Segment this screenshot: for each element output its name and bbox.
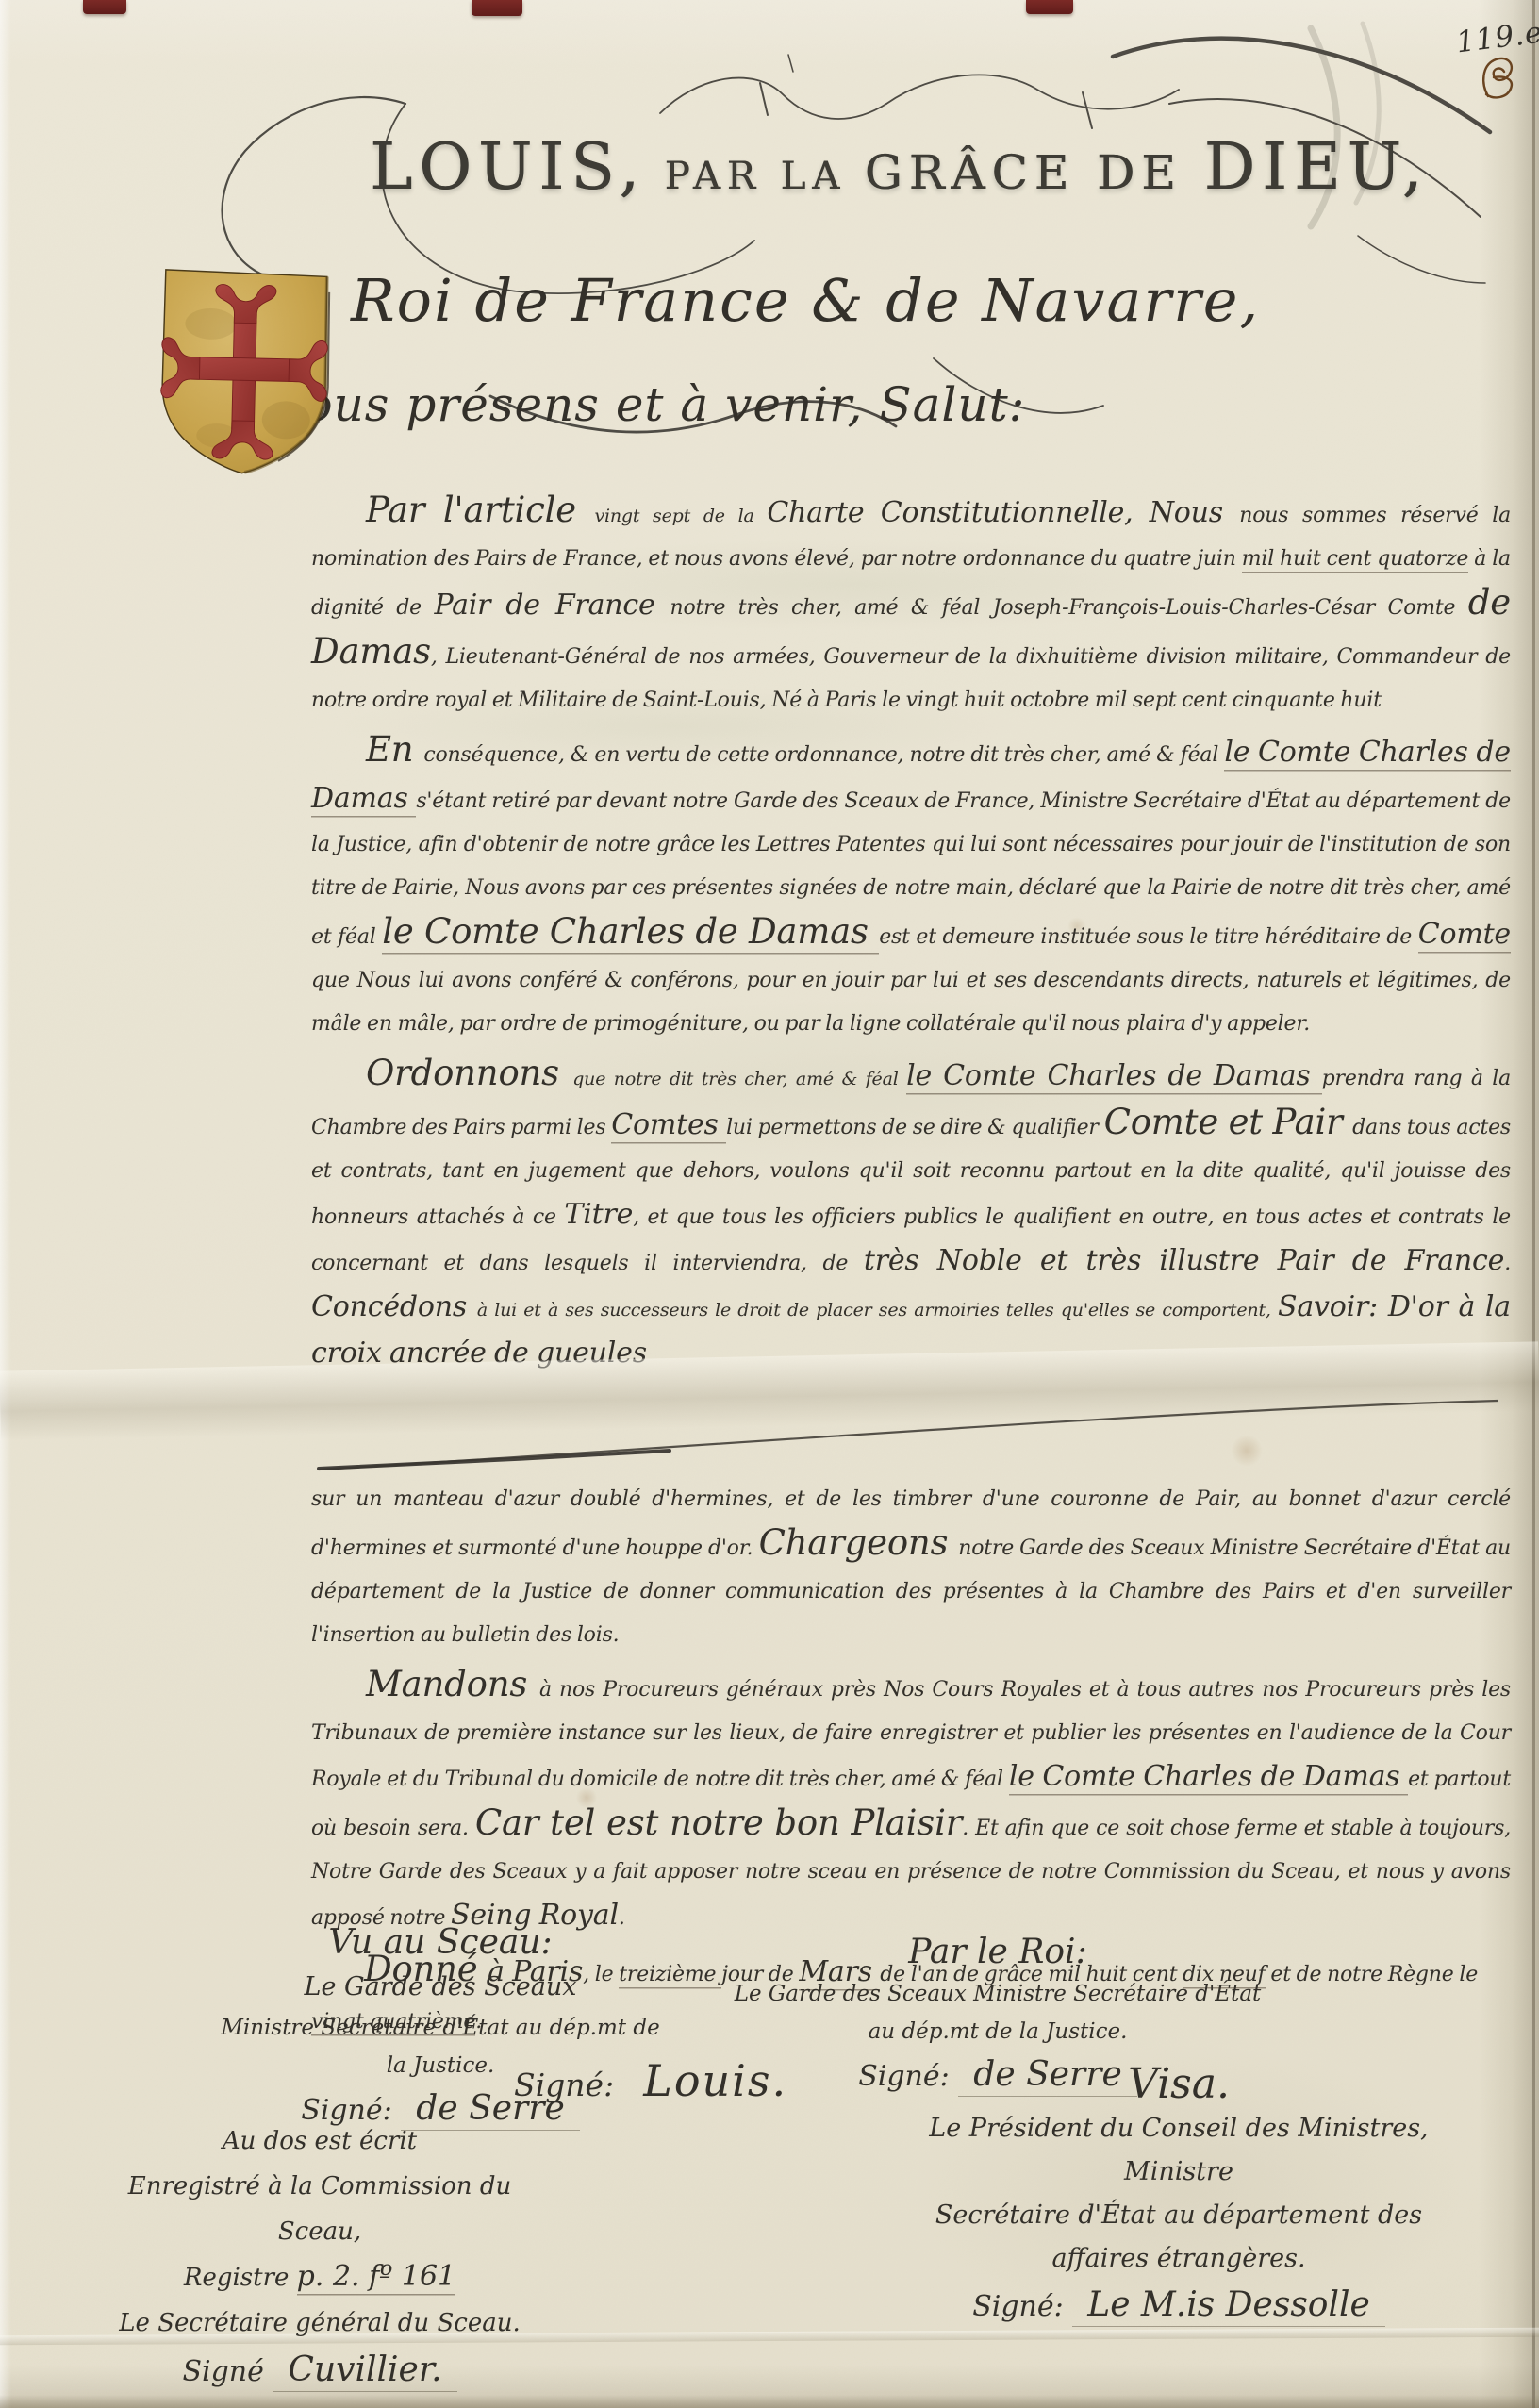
royal-title-line: LOUIS, PAR LA GRÂCE DE DIEU, (370, 130, 1429, 205)
page-right-edge (1532, 0, 1535, 2408)
king-block-office: Le Garde des Sceaux Ministre Secrétaire … (724, 1975, 1271, 2051)
binding-tab (1026, 0, 1073, 14)
visa-office2: Secrétaire d'État au département des aff… (896, 2194, 1462, 2281)
paragraph-mandons: Mandons à nos Procureurs généraux près N… (311, 1663, 1511, 1940)
salutation-line: A Tous présens et à venir, Salut: (224, 377, 1026, 432)
visa-office1: Le Président du Conseil des Ministres, M… (896, 2107, 1462, 2194)
signe-label: Signé (182, 2355, 263, 2388)
seal-block-title: Vu au Sceau: (219, 1920, 662, 1966)
page-bottom-edge (0, 2395, 1539, 2408)
royal-subtitle-line: Roi de France & de Navarre, (351, 266, 1260, 335)
paragraph-consequence: En conséquence, & en vertu de cette ordo… (311, 728, 1511, 1046)
paraph-mark (1479, 55, 1522, 102)
seal-block-office1: Le Garde des Sceaux (219, 1966, 662, 2009)
seal-attestation-block: Vu au Sceau: Le Garde des Sceaux Ministr… (219, 1920, 662, 2135)
folio-number: 119.e (1454, 16, 1539, 60)
registration-block: Au dos est écrit Enregistré à la Commiss… (98, 2118, 541, 2397)
binding-tab (472, 0, 522, 16)
visa-title: Visa. (896, 2062, 1462, 2107)
registration-register-ref: Registre p. 2. fº 161 (98, 2254, 541, 2300)
paragraph-ordonnons: Ordonnons que notre dit très cher, amé &… (311, 1052, 1511, 1378)
signe-label: Signé: (972, 2290, 1064, 2323)
paragraph-manteau: sur un manteau d'azur doublé d'hermines,… (311, 1478, 1511, 1657)
registration-line1: Enregistré à la Commission du Sceau, (98, 2164, 541, 2254)
visa-block: Visa. Le Président du Conseil des Minist… (896, 2062, 1462, 2332)
binding-tab (83, 0, 126, 14)
registration-secretary-title: Le Secrétaire général du Sceau. (98, 2300, 541, 2346)
king-block-title: Par le Roi: (724, 1930, 1271, 1975)
visa-signature-row: Signé: Le M.is Dessolle (896, 2281, 1462, 2332)
registration-intro: Au dos est écrit (98, 2118, 541, 2164)
secretary-signature-name: Cuvillier. (273, 2350, 456, 2391)
paragraph-charte: Par l'article vingt sept de la Charte Co… (311, 489, 1511, 722)
body-text-column: Par l'article vingt sept de la Charte Co… (311, 489, 1511, 2106)
minister-signature-name: Le M.is Dessolle (1072, 2285, 1385, 2326)
letters-patent-page: 119.e LOUIS, PAR LA GRÂCE DE DIEU, Roi d… (0, 0, 1539, 2408)
seal-block-office2: Ministre Secrétaire d'État au dép.mt de … (219, 2009, 662, 2084)
coat-of-arms-damas (156, 258, 332, 481)
registration-signature-row: Signé Cuvillier. (98, 2346, 541, 2397)
